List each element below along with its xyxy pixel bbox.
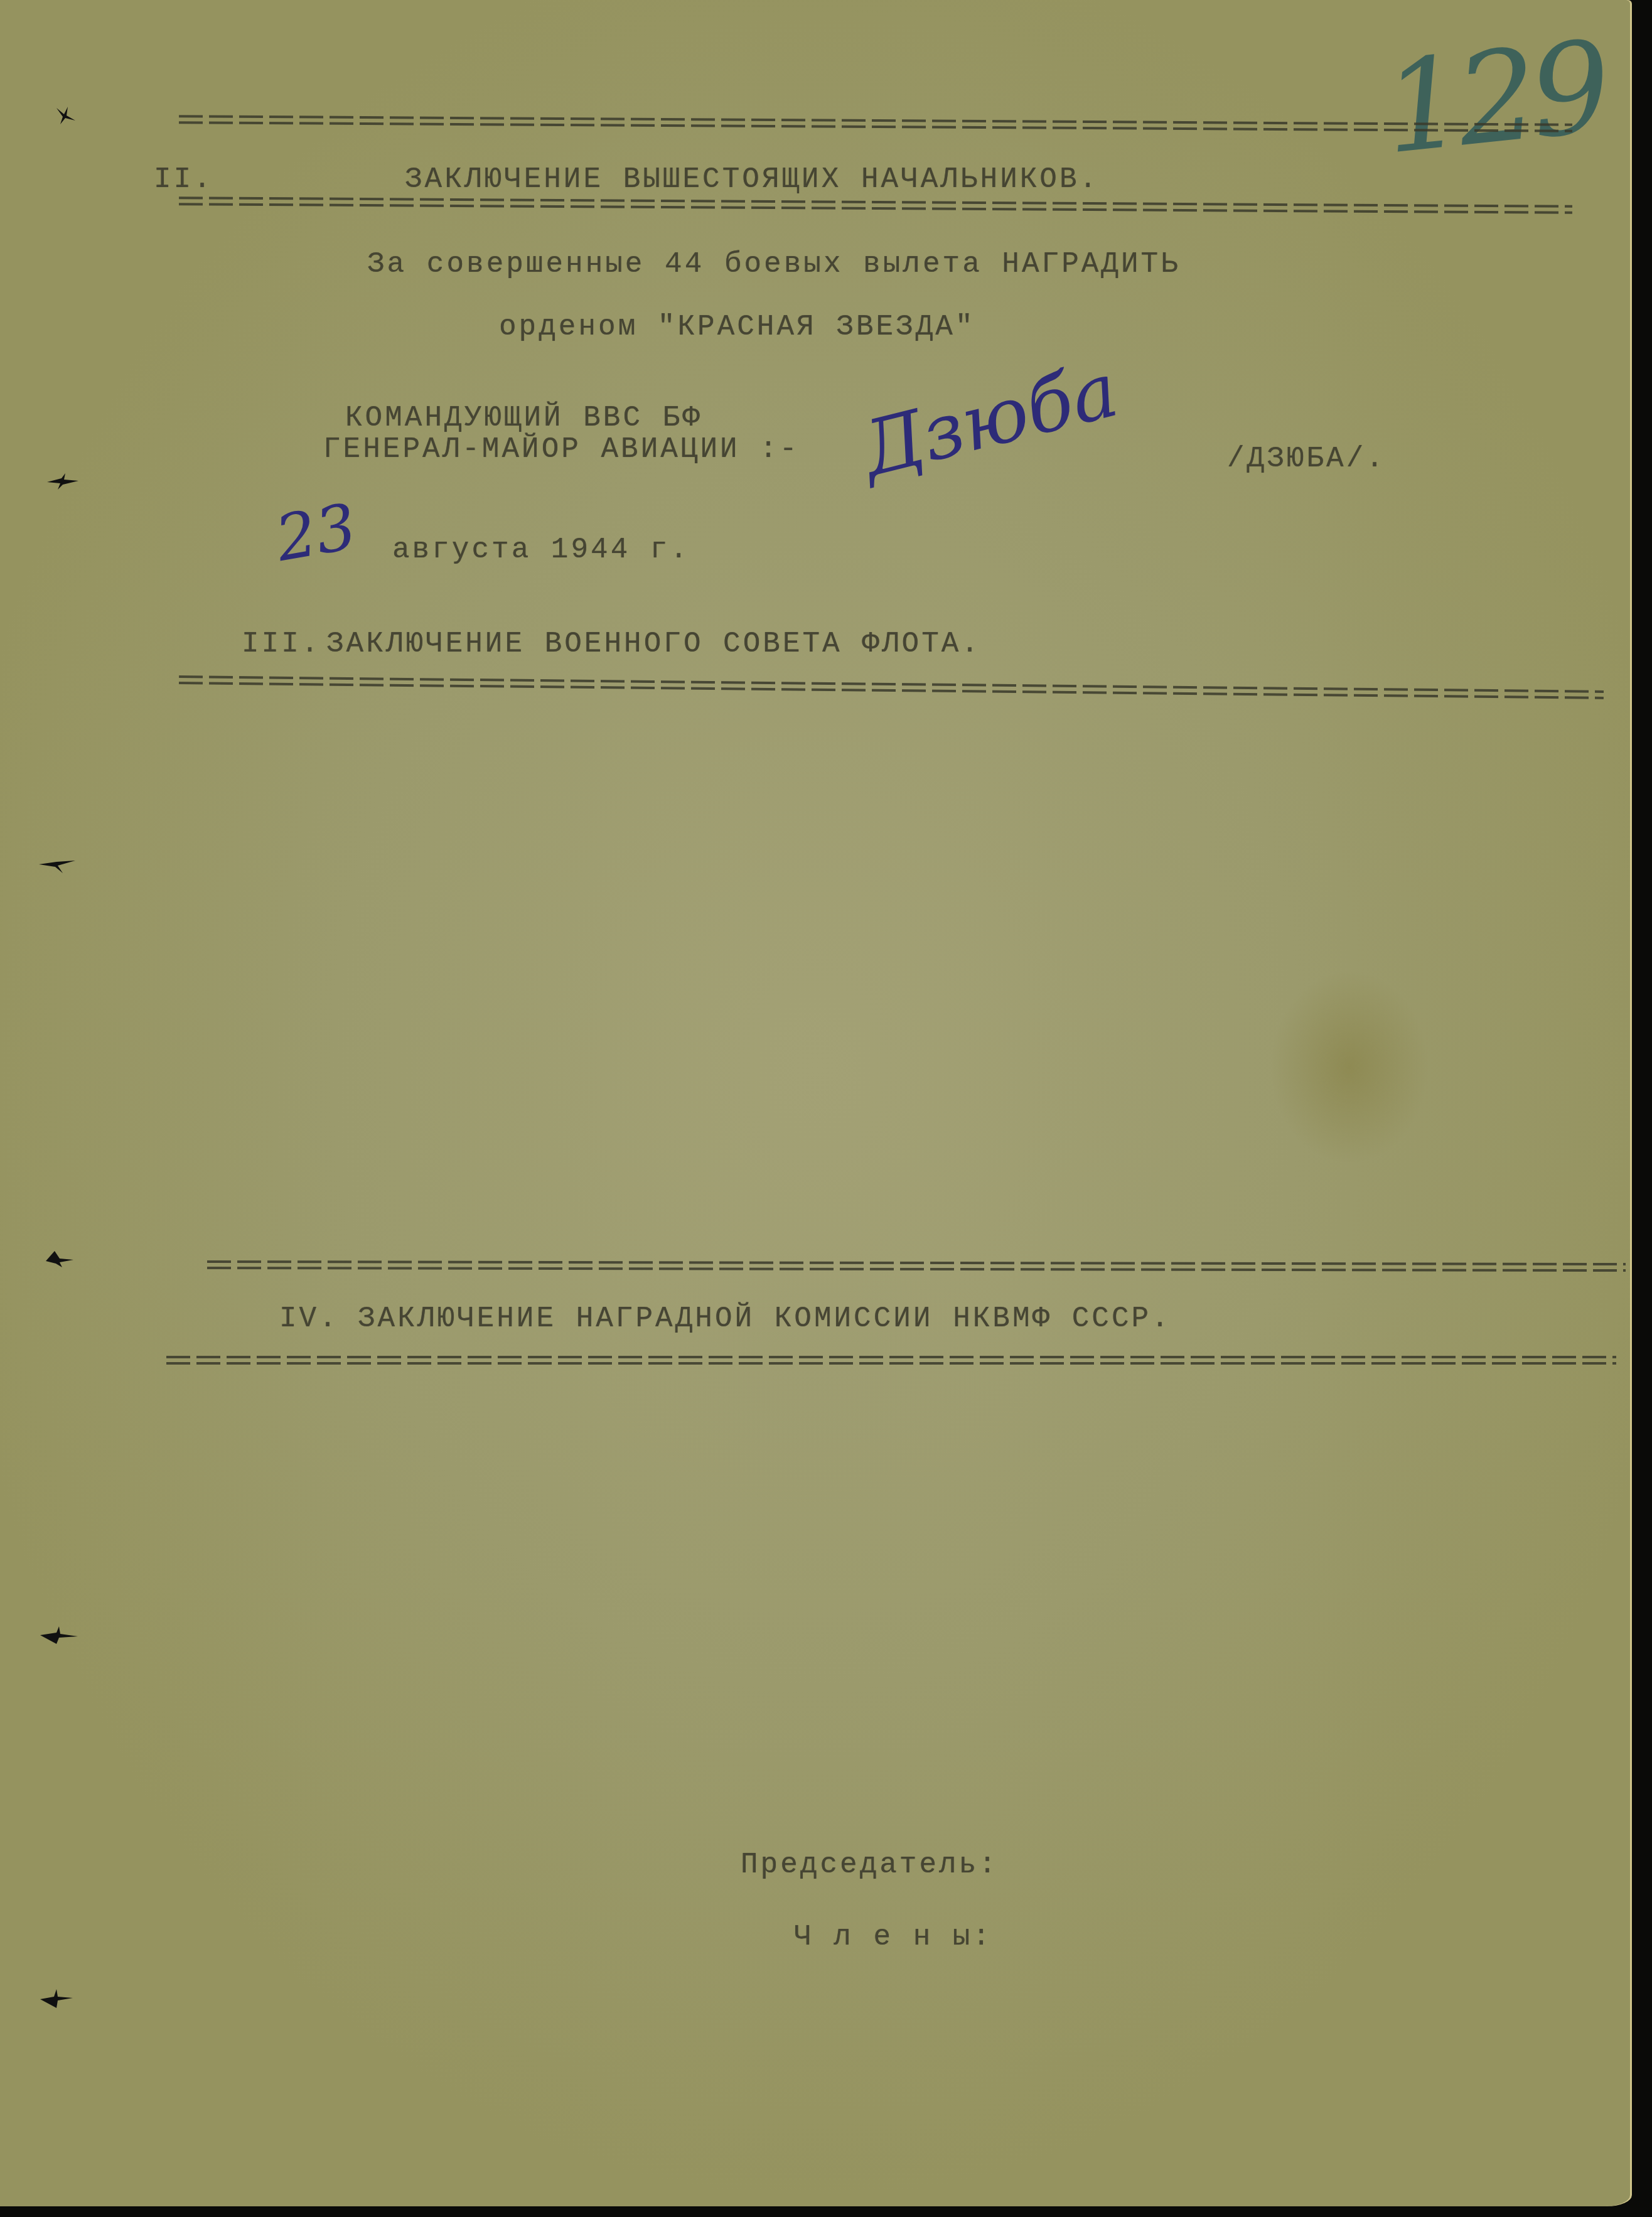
binding-hole-icon [41, 1246, 78, 1271]
binding-hole-icon [44, 471, 82, 496]
conclusion-line-2: орденом "КРАСНАЯ ЗВЕЗДА" [499, 311, 975, 343]
section-3-heading: ЗАКЛЮЧЕНИЕ ВОЕННОГО СОВЕТА ФЛОТА. [326, 628, 981, 660]
double-dashed-rule [166, 1356, 1616, 1365]
handwritten-signature: Дзюба [853, 346, 1126, 494]
double-dashed-rule [207, 1260, 1626, 1272]
double-dashed-rule [179, 196, 1572, 214]
handwritten-day: 23 [271, 490, 362, 576]
folio-number: 129 [1377, 14, 1612, 182]
section-2-number: II. [154, 163, 213, 196]
document-page: 129 II. ЗАКЛЮЧЕНИЕ ВЫШЕСТОЯЩИХ НАЧАЛЬНИК… [0, 0, 1632, 2206]
binding-hole-icon [50, 100, 82, 132]
signatory-title-line-2: ГЕНЕРАЛ-МАЙОР АВИАЦИИ :- [323, 433, 800, 466]
signatory-name: /ДЗЮБА/. [1227, 443, 1386, 475]
conclusion-line-1: За совершенные 44 боевых вылета НАГРАДИТ… [367, 248, 1181, 281]
section-4-heading: ЗАКЛЮЧЕНИЕ НАГРАДНОЙ КОМИССИИ НКВМФ СССР… [358, 1302, 1171, 1335]
date-text: августа 1944 г. [392, 534, 690, 566]
double-dashed-rule [179, 115, 1572, 132]
section-2-heading: ЗАКЛЮЧЕНИЕ ВЫШЕСТОЯЩИХ НАЧАЛЬНИКОВ. [405, 163, 1099, 196]
section-3-number: III. [242, 628, 321, 660]
binding-hole-icon [38, 1623, 82, 1648]
double-dashed-rule [179, 675, 1604, 699]
binding-hole-icon [38, 1987, 75, 2012]
members-label: Ч л е н ы: [794, 1921, 992, 1953]
section-4-number: IV. [279, 1302, 339, 1335]
signatory-title-line-1: КОМАНДУЮЩИЙ ВВС БФ [345, 402, 702, 434]
binding-hole-icon [38, 857, 82, 876]
chairman-label: Председатель: [741, 1849, 999, 1881]
